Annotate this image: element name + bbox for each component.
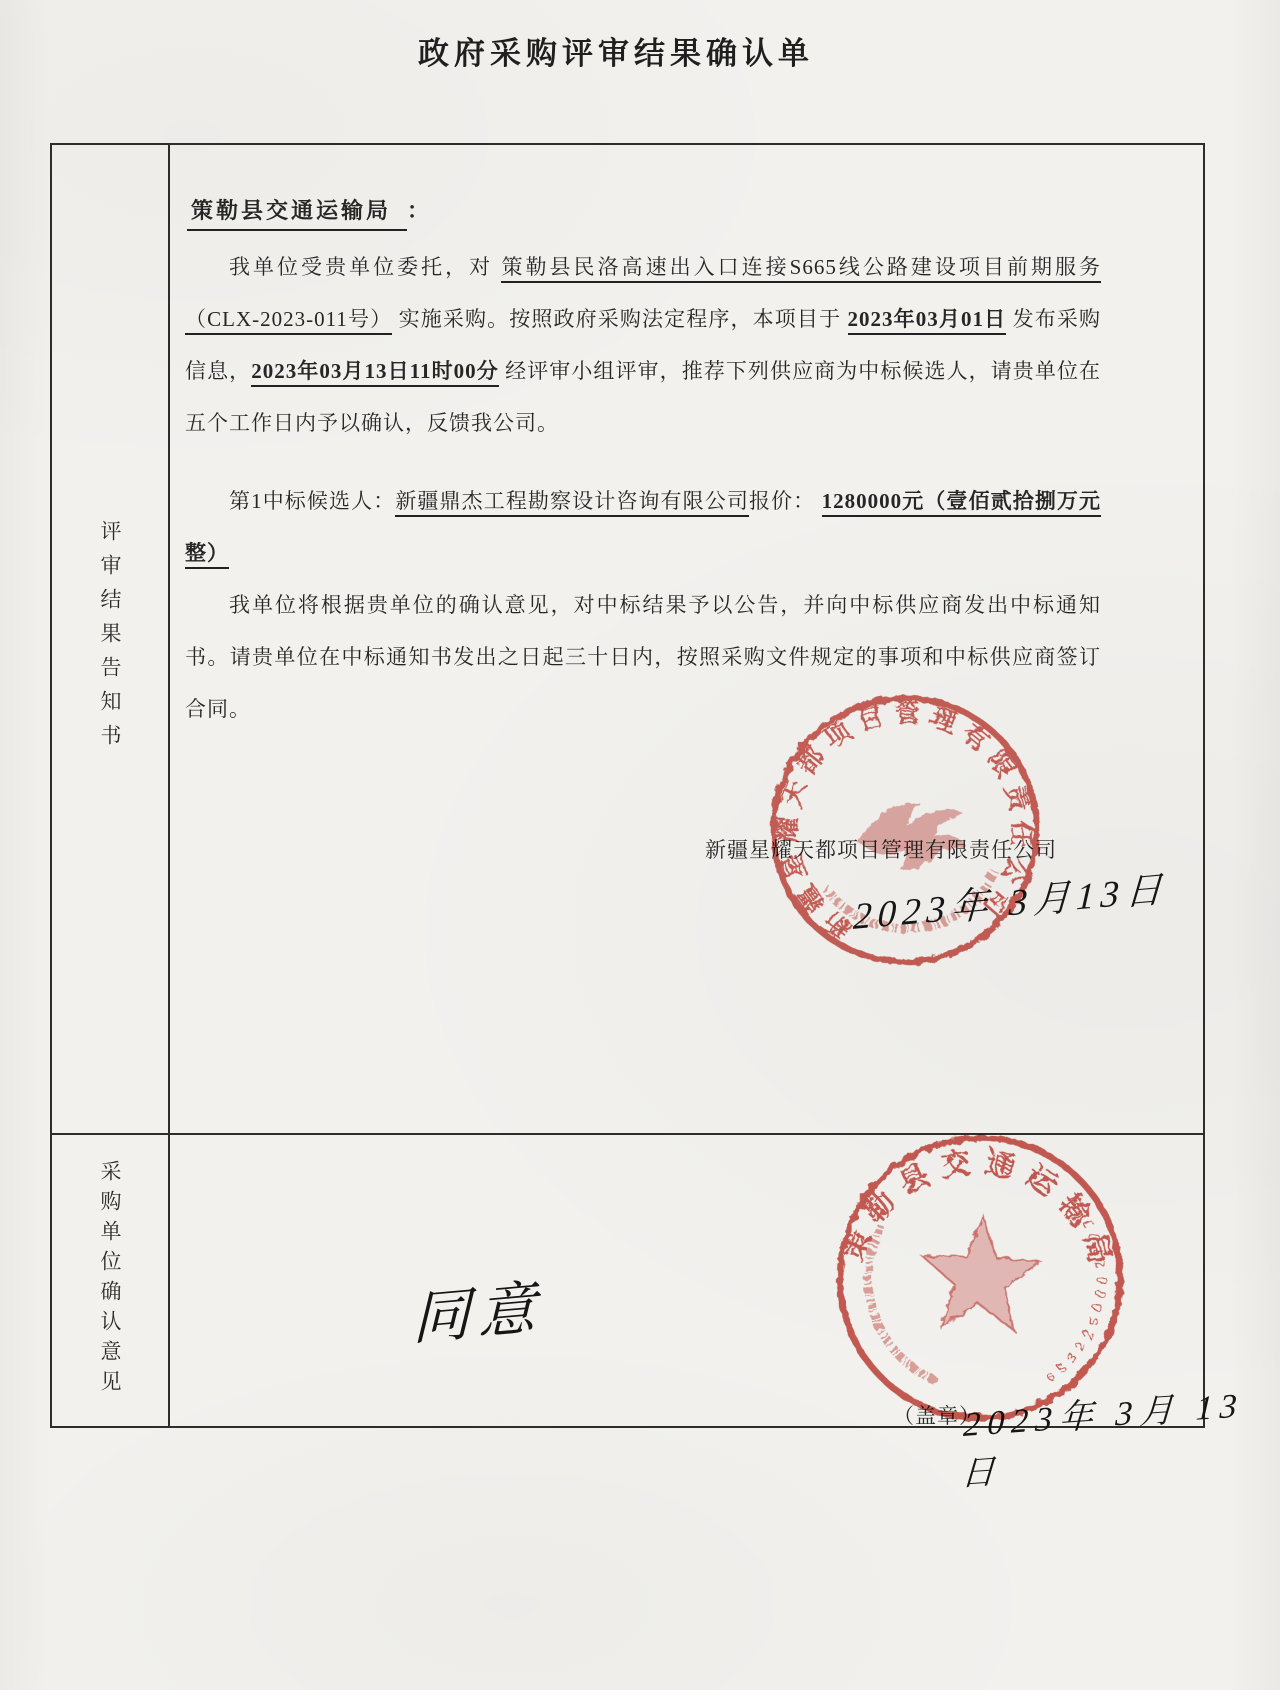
purchaser-confirmation-label: 采购单位确认意见	[95, 1160, 125, 1400]
notice-body: 策勒县交通运输局： 我单位受贵单位委托，对 策勒县民洛高速出入口连接S665线公…	[185, 194, 1101, 735]
star-emblem-icon	[918, 1213, 1042, 1331]
uyghur-script-arc	[863, 1225, 945, 1381]
handwritten-approval: 同意	[412, 1260, 544, 1356]
row2-label-cell: 采购单位确认意见	[52, 1135, 168, 1424]
paragraph-1: 我单位受贵单位委托，对 策勒县民洛高速出入口连接S665线公路建设项目前期服务（…	[185, 241, 1101, 449]
salutation-line: 策勒县交通运输局：	[187, 194, 1101, 231]
row1-label-cell: 评审结果告知书	[52, 145, 168, 1133]
publish-date-underlined: 2023年03月01日	[848, 307, 1007, 335]
bureau-seal-stamp: 策勒县交通运输局 6532250002707	[822, 1120, 1137, 1435]
candidate-line: 第1中标候选人：新疆鼎杰工程勘察设计咨询有限公司报价： 1280000元（壹佰贰…	[185, 475, 1101, 579]
candidate-company-underlined: 新疆鼎杰工程勘察设计咨询有限公司	[395, 489, 749, 517]
table-vertical-divider	[168, 145, 170, 1426]
bird-emblem-icon	[854, 798, 968, 875]
salutation-colon: ：	[407, 198, 432, 223]
candidate-mid: 报价：	[749, 489, 815, 513]
salutation-name: 策勒县交通运输局	[187, 194, 407, 231]
candidate-lead: 第1中标候选人：	[229, 489, 395, 513]
page-title: 政府采购评审结果确认单	[418, 28, 814, 73]
p1-lead: 我单位受贵单位委托，对	[229, 255, 493, 279]
company-seal-stamp: 新疆星耀天都项目管理有限责任公司	[751, 676, 1059, 984]
review-result-notice-label: 评审结果告知书	[95, 520, 125, 758]
review-datetime-underlined: 2023年03月13日11时00分	[251, 359, 499, 387]
p1-mid1: 实施采购。按照政府采购法定程序，本项目于	[399, 307, 842, 331]
